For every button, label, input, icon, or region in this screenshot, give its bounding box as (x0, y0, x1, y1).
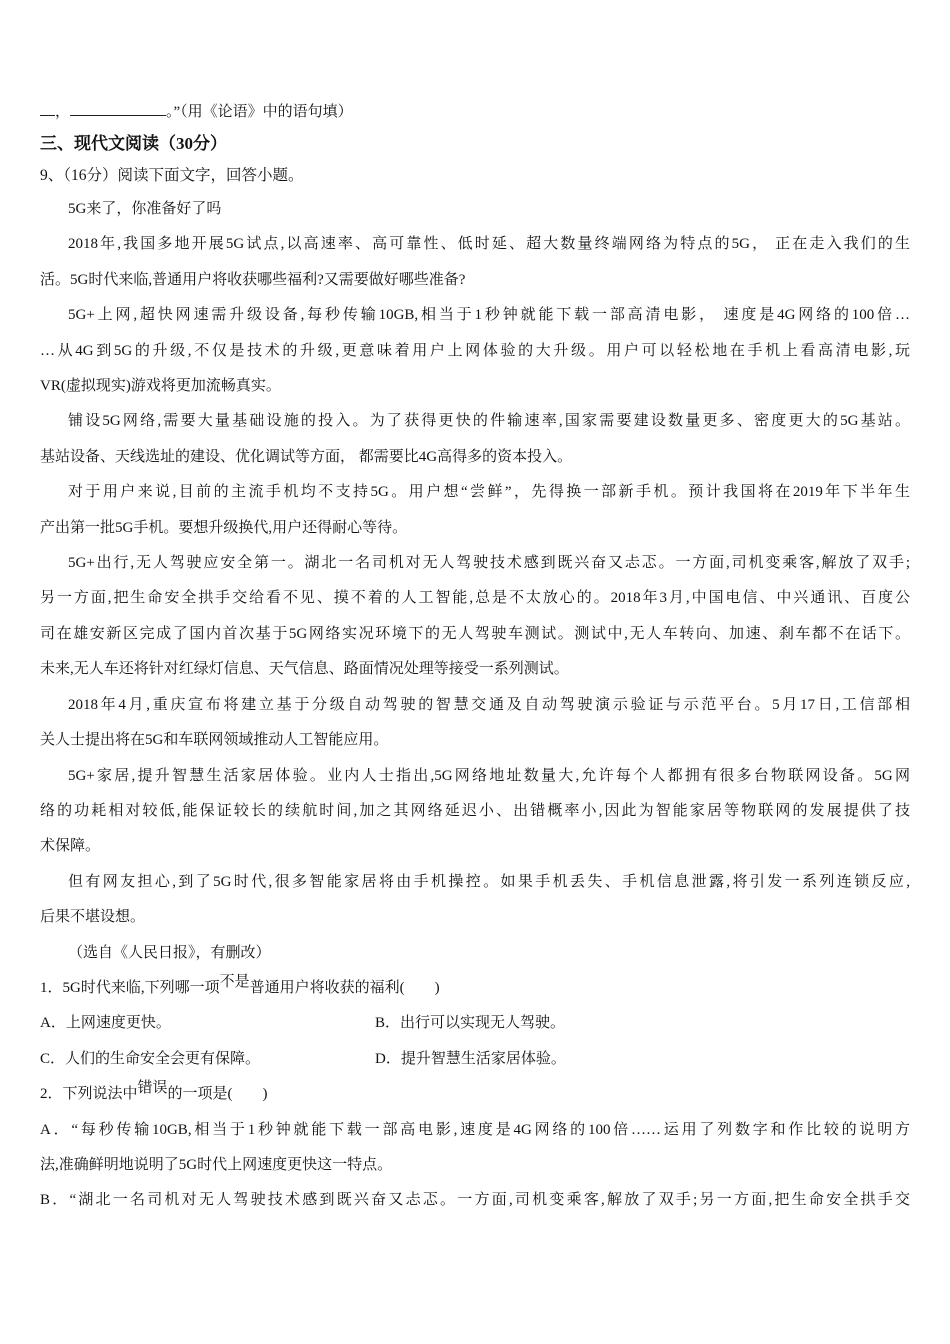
article-line: 铺设5G网络,需要大量基础设施的投入。为了获得更快的件输速率,国家需要建设数量更… (40, 404, 910, 439)
question-2-option-a-line-2: 法,准确鲜明地说明了5G时代上网速度更快这一特点。 (40, 1148, 910, 1183)
question-1-options-row-1: A．上网速度更快。 B．出行可以实现无人驾驶。 (40, 1006, 910, 1041)
section-heading: 三、现代文阅读（30分） (40, 128, 910, 160)
question-1-post: 普通用户将收获的福利( ) (250, 980, 440, 996)
document-page: ，。”（用《论语》中的语句填） 三、现代文阅读（30分） 9、（16分）阅读下面… (0, 0, 950, 1219)
article-line: 活。5G时代来临,普通用户将收获哪些福利?又需要做好哪些准备? (40, 263, 910, 298)
article-line: 术保障。 (40, 829, 910, 864)
article-line: 司在雄安新区完成了国内首次基于5G网络实况环境下的无人驾驶车测试。测试中,无人车… (40, 617, 910, 652)
article-line: 另一方面,把生命安全拱手交给看不见、摸不着的人工智能,总是不太放心的。2018年… (40, 581, 910, 616)
article-line: 产出第一批5G手机。要想升级换代,用户还得耐心等待。 (40, 511, 910, 546)
article-title: 5G来了，你准备好了吗 (40, 192, 910, 227)
question-1-emphasis: 不是 (220, 965, 250, 1000)
article-line: 2018年,我国多地开展5G试点,以高速率、高可靠性、低时延、超大数量终端网络为… (40, 227, 910, 262)
option-b: B．出行可以实现无人驾驶。 (375, 1006, 910, 1041)
article-line: 络的功耗相对较低,能保证较长的续航时间,加之其网络延迟小、出错概率小,因此为智能… (40, 794, 910, 829)
question-1-pre: 1．5G时代来临,下列哪一项 (40, 980, 220, 996)
blank-underline-short (40, 102, 55, 116)
source-note: （选自《人民日报》，有删改） (40, 936, 910, 971)
fill-blank-line: ，。”（用《论语》中的语句填） (40, 96, 910, 128)
question-2-post: 的一项是( ) (168, 1086, 268, 1102)
question-2-option-b-line-1: B．“湖北一名司机对无人驾驶技术感到既兴奋又忐忑。一方面,司机变乘客,解放了双手… (40, 1183, 910, 1218)
article-line: VR(虚拟现实)游戏将更加流畅真实。 (40, 369, 910, 404)
article-line: 后果不堪设想。 (40, 900, 910, 935)
article-line: 但有网友担心,到了5G时代,很多智能家居将由手机操控。如果手机丢失、手机信息泄露… (40, 865, 910, 900)
article-line: 基站设备、天线选址的建设、优化调试等方面， 都需要比4G高得多的资本投入。 (40, 440, 910, 475)
article-line: 2018年4月,重庆宣布将建立基于分级自动驾驶的智慧交通及自动驾驶演示验证与示范… (40, 688, 910, 723)
article-line: …从4G到5G的升级,不仅是技术的升级,更意味着用户上网体验的大升级。用户可以轻… (40, 334, 910, 369)
option-d: D．提升智慧生活家居体验。 (375, 1042, 910, 1077)
article-line: 5G+家居,提升智慧生活家居体验。业内人士指出,5G网络地址数量大,允许每个人都… (40, 759, 910, 794)
question-2: 2．下列说法中错误的一项是( ) (40, 1077, 910, 1112)
question-9-intro: 9、（16分）阅读下面文字，回答小题。 (40, 160, 910, 192)
question-2-option-a-line-1: A．“每秒传输10GB,相当于1秒钟就能下载一部高电影,速度是4G网络的100倍… (40, 1113, 910, 1148)
article-line: 5G+出行,无人驾驶应安全第一。湖北一名司机对无人驾驶技术感到既兴奋又忐忑。一方… (40, 546, 910, 581)
blank-underline-long (70, 102, 166, 116)
question-2-emphasis: 错误 (138, 1071, 168, 1106)
question-2-pre: 2．下列说法中 (40, 1086, 138, 1102)
option-a: A．上网速度更快。 (40, 1006, 375, 1041)
article-line: 未来,无人车还将针对红绿灯信息、天气信息、路面情况处理等接受一系列测试。 (40, 652, 910, 687)
article-line: 对于用户来说,目前的主流手机均不支持5G。用户想“尝鲜”，先得换一部新手机。预计… (40, 475, 910, 510)
article-line: 5G+上网,超快网速需升级设备,每秒传输10GB,相当于1秒钟就能下载一部高清电… (40, 298, 910, 333)
option-c: C．人们的生命安全会更有保障。 (40, 1042, 375, 1077)
blank-comma: ， (55, 104, 70, 120)
article-line: 关人士提出将在5G和车联网领域推动人工智能应用。 (40, 723, 910, 758)
fill-blank-suffix: 。”（用《论语》中的语句填） (166, 104, 353, 120)
question-1: 1．5G时代来临,下列哪一项不是普通用户将收获的福利( ) (40, 971, 910, 1006)
question-1-options-row-2: C．人们的生命安全会更有保障。 D．提升智慧生活家居体验。 (40, 1042, 910, 1077)
